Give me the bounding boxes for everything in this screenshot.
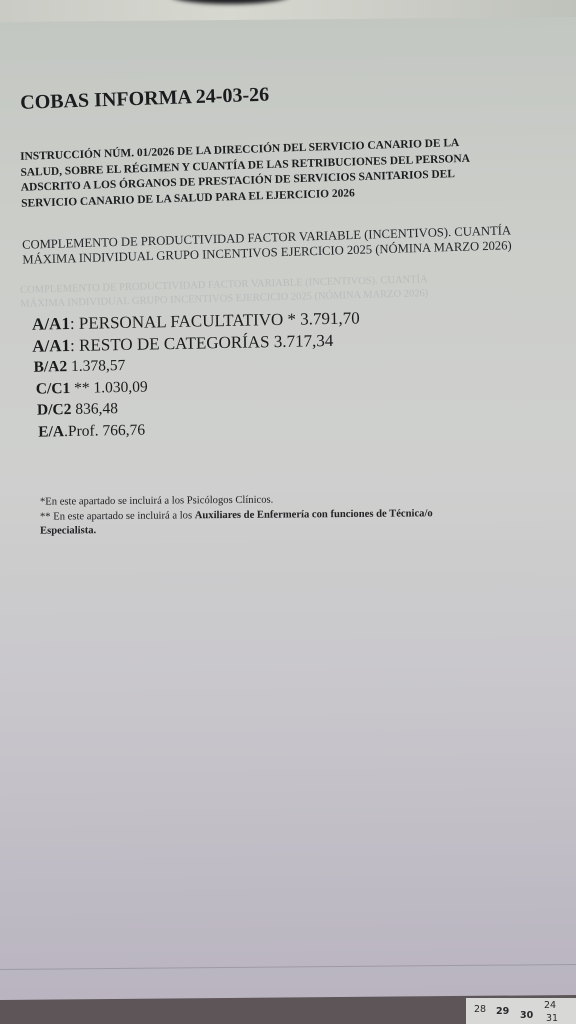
instruction-heading: INSTRUCCIÓN NÚM. 01/2026 DE LA DIRECCIÓN… [20,131,576,212]
rate-code: A/A1 [32,314,70,334]
show-through-text: COMPLEMENTO DE PRODUCTIVIDAD FACTOR VARI… [20,273,428,312]
rate-label: .Prof. [64,422,103,440]
rate-code: E/A [38,423,64,440]
rate-code: D/C2 [37,401,72,419]
rate-code: B/A2 [33,358,67,376]
rate-code: A/A1 [32,335,70,355]
rate-amount: 3.791,70 [300,308,360,328]
rate-amount: 1.378,57 [71,357,125,375]
document-title: COBAS INFORMA 24-03-26 [20,84,269,115]
document: COBAS INFORMA 24-03-26 INSTRUCCIÓN NÚM. … [0,17,576,1000]
rate-label: PERSONAL FACULTATIVO * [79,310,301,333]
rate-code: C/C1 [36,379,71,397]
rate-label: ** [74,379,94,396]
rate-amount: 766,76 [102,421,145,439]
background-calendar: 28 29 30 24 31 [466,998,576,1024]
paper-page: COBAS INFORMA 24-03-26 INSTRUCCIÓN NÚM. … [0,17,576,1000]
footnotes: *En este apartado se incluirá a los Psic… [40,491,576,539]
complement-heading: COMPLEMENTO DE PRODUCTIVIDAD FACTOR VARI… [22,223,512,268]
rates-list: A/A1: PERSONAL FACULTATIVO * 3.791,70 A/… [32,307,361,442]
rate-label: RESTO DE CATEGORÍAS [79,332,274,355]
rate-amount: 3.717,34 [274,330,334,350]
rate-amount: 1.030,09 [93,378,147,396]
rate-amount: 836,48 [75,400,118,418]
